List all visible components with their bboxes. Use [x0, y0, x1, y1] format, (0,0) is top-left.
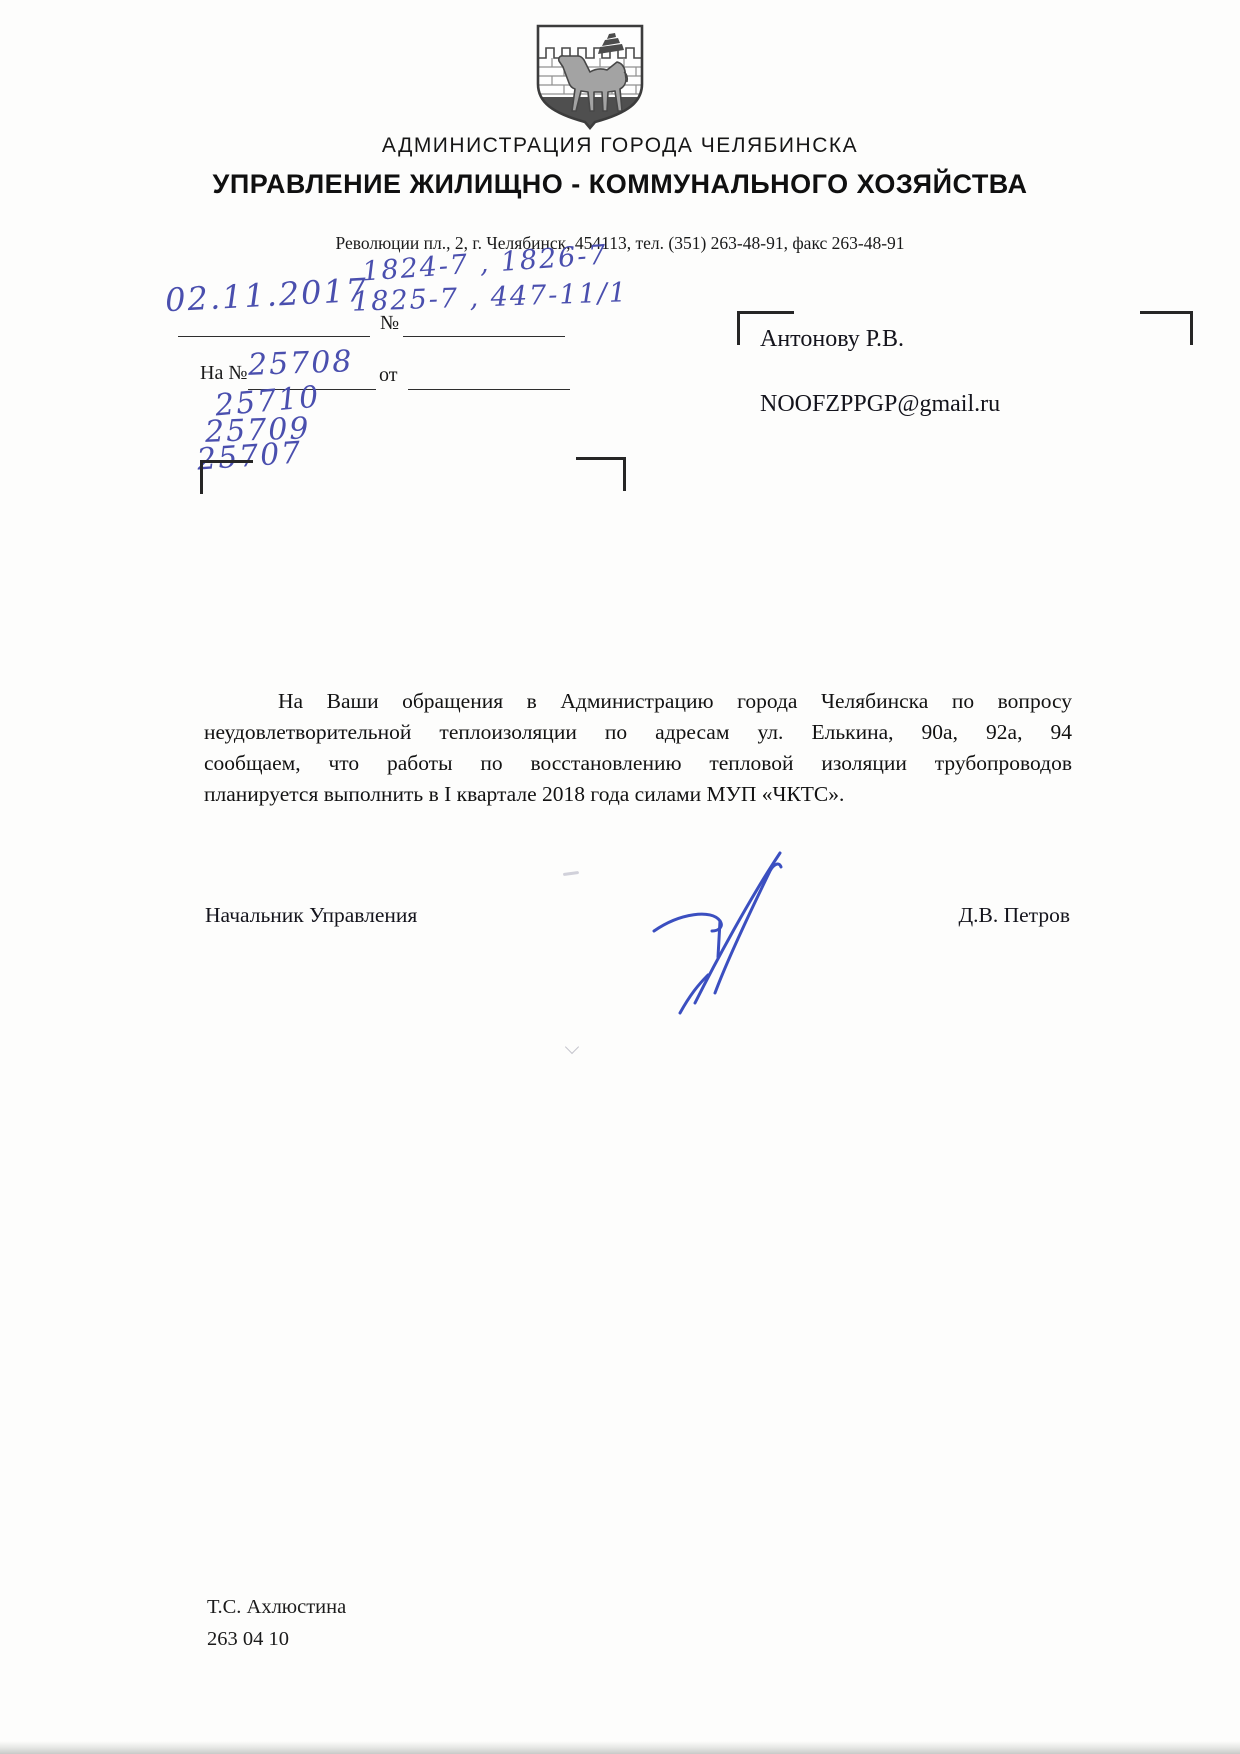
org-name: АДМИНИСТРАЦИЯ ГОРОДА ЧЕЛЯБИНСКА [0, 134, 1240, 158]
body-line: сообщаем, что работы по восстановлению т… [204, 748, 1072, 779]
signer-position-title: Начальник Управления [205, 903, 417, 928]
scan-speck [563, 871, 579, 876]
address-zone-corner-mark-left [200, 460, 253, 494]
address-zone-corner-mark-right [576, 457, 626, 491]
scan-bottom-edge [0, 1741, 1240, 1754]
scanned-letter-page: АДМИНИСТРАЦИЯ ГОРОДА ЧЕЛЯБИНСКА УПРАВЛЕН… [0, 0, 1240, 1754]
from-date-underline [408, 389, 570, 390]
body-line: На Ваши обращения в Администрацию города… [204, 686, 1072, 717]
handwritten-date: 02.11.2017 [164, 271, 369, 320]
recipient-zone-corner-mark-right [1140, 311, 1193, 345]
scan-speck [565, 1040, 579, 1054]
executor-name: Т.С. Ахлюстина [207, 1596, 346, 1619]
letter-body: На Ваши обращения в Администрацию города… [204, 686, 1072, 810]
body-line: неудовлетворительной теплоизоляции по ад… [204, 717, 1072, 748]
body-line: планируется выполнить в I квартале 2018 … [204, 779, 1072, 810]
number-label: № [380, 312, 399, 335]
incoming-number-label: На № [200, 362, 247, 385]
recipient-name: Антонову Р.В. [760, 326, 904, 353]
signer-name: Д.В. Петров [958, 903, 1070, 928]
recipient-email: NOOFZPPGP@gmail.ru [760, 391, 1000, 418]
executor-phone: 263 04 10 [207, 1628, 289, 1651]
coat-of-arms-chelyabinsk-camel-icon [528, 20, 652, 134]
date-underline [178, 336, 370, 337]
handwritten-incoming-number-main: 25708 [247, 344, 354, 383]
department-name: УПРАВЛЕНИЕ ЖИЛИЩНО - КОММУНАЛЬНОГО ХОЗЯЙ… [0, 169, 1240, 200]
number-underline [403, 336, 565, 337]
from-date-label: от [379, 364, 397, 387]
address-line: Революции пл., 2, г. Челябинск, 454113, … [0, 233, 1240, 254]
handwritten-signature [640, 843, 820, 1015]
